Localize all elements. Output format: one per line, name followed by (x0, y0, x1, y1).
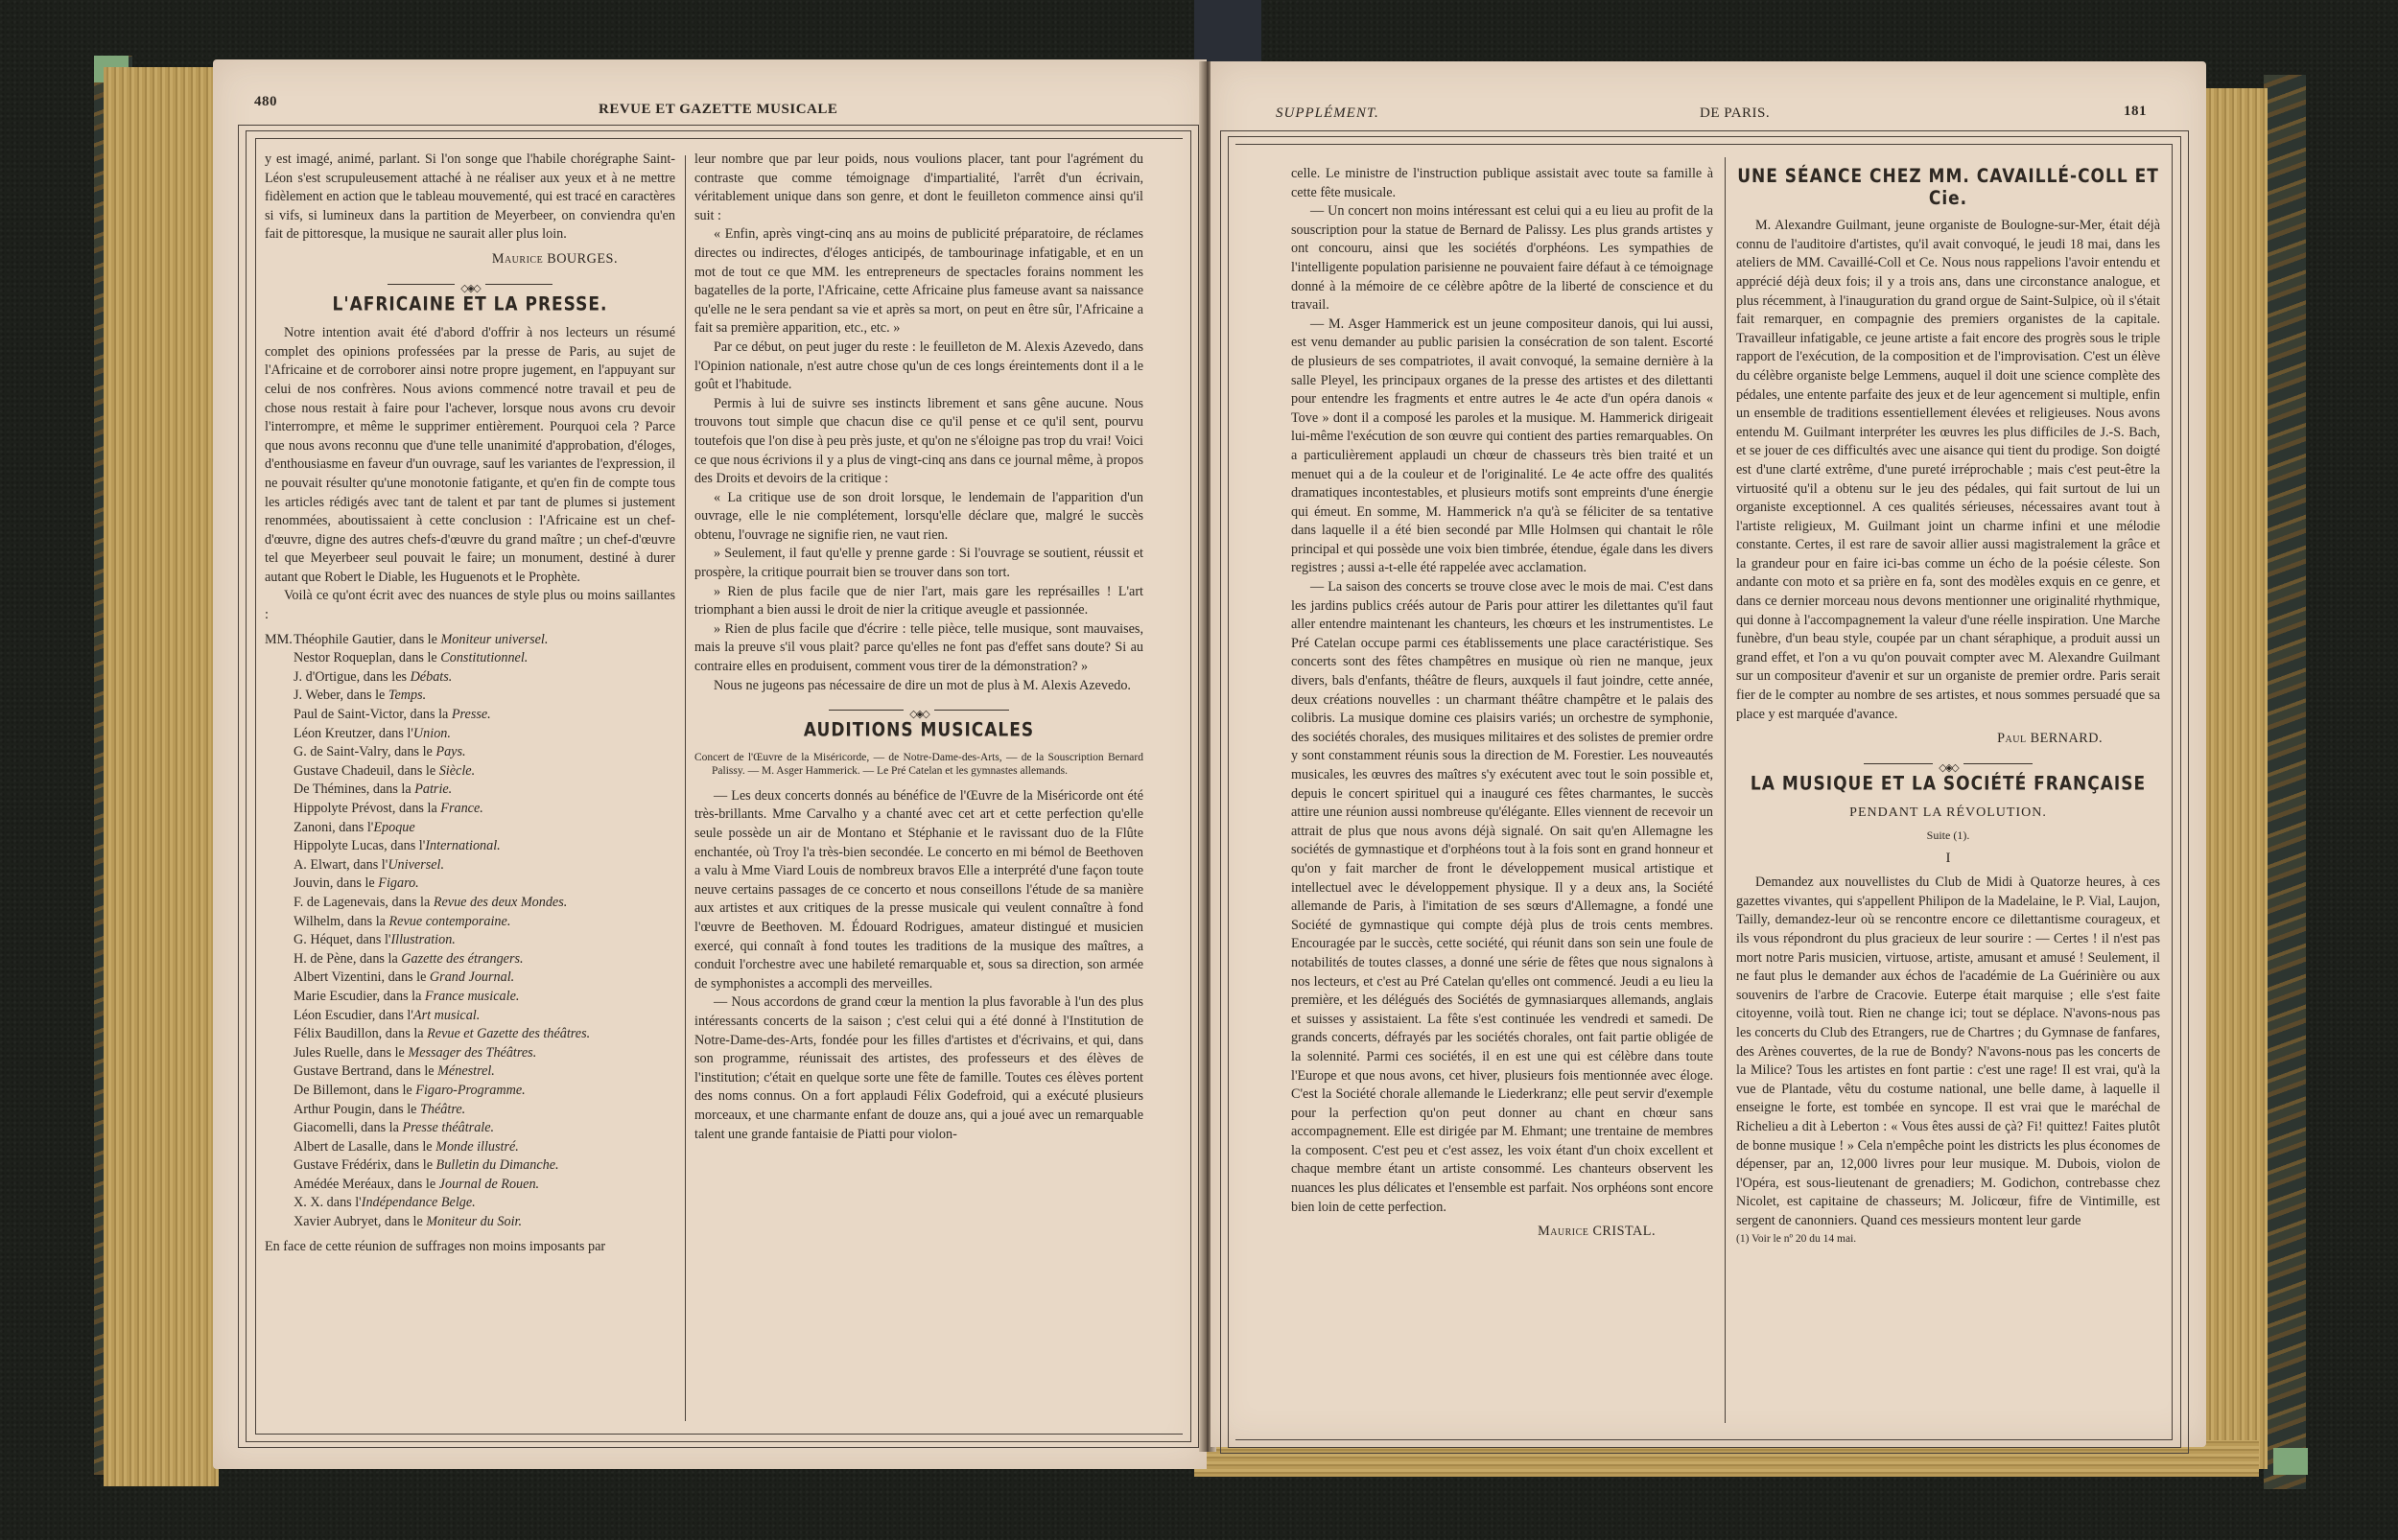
list-item: Hippolyte Prévost, dans la France. (265, 800, 675, 819)
article-suite-note: Suite (1). (1736, 827, 2160, 846)
list-item: A. Elwart, dans l'Universel. (265, 856, 675, 875)
right-page: SUPPLÉMENT. DE PARIS. 181 celle. Le mini… (1211, 61, 2206, 1447)
quote-paragraph: » Rien de plus facile que de nier l'art,… (694, 583, 1143, 620)
page-number-left: 480 (254, 94, 277, 110)
article-title: LA MUSIQUE ET LA SOCIÉTÉ FRANÇAISE (1736, 774, 2160, 796)
signature: Maurice BOURGES. (265, 250, 675, 269)
paragraph: Voilà ce qu'ont écrit avec des nuances d… (265, 587, 675, 624)
list-item: Léon Kreutzer, dans l'Union. (265, 725, 675, 744)
section-number: I (1736, 850, 2160, 869)
paragraph: — La saison des concerts se trouve close… (1291, 578, 1713, 1217)
paragraph: — Un concert non moins intéressant est c… (1291, 202, 1713, 315)
article-title: L'AFRICAINE ET LA PRESSE. (265, 294, 675, 316)
left-column-2: leur nombre que par leur poids, nous vou… (694, 151, 1143, 1144)
list-item: Jouvin, dans le Figaro. (265, 875, 675, 894)
paragraph: Par ce début, on peut juger du reste : l… (694, 338, 1143, 395)
list-item: Xavier Aubryet, dans le Moniteur du Soir… (265, 1213, 675, 1232)
list-item: Gustave Bertrand, dans le Ménestrel. (265, 1062, 675, 1082)
signature: Maurice CRISTAL. (1291, 1223, 1713, 1242)
ornament-divider: ◇◈◇ (265, 279, 675, 289)
paragraph: Demandez aux nouvellistes du Club de Mid… (1736, 874, 2160, 1230)
paragraph: — Nous accordons de grand cœur la mentio… (694, 993, 1143, 1144)
left-page: 480 REVUE ET GAZETTE MUSICALE y est imag… (213, 59, 1207, 1469)
list-item: Nestor Roqueplan, dans le Constitutionne… (265, 649, 675, 668)
paragraph: leur nombre que par leur poids, nous vou… (694, 151, 1143, 225)
list-item: J. Weber, dans le Temps. (265, 687, 675, 706)
list-item: Amédée Meréaux, dans le Journal de Rouen… (265, 1176, 675, 1195)
paragraph: — Les deux concerts donnés au bénéfice d… (694, 787, 1143, 994)
paragraph: y est imagé, animé, parlant. Si l'on son… (265, 151, 675, 245)
paragraph: celle. Le ministre de l'instruction publ… (1291, 165, 1713, 202)
list-item: De Thémines, dans la Patrie. (265, 781, 675, 800)
list-item: G. Héquet, dans l'Illustration. (265, 931, 675, 950)
paragraph: M. Alexandre Guilmant, jeune organiste d… (1736, 217, 2160, 724)
list-item: Paul de Saint-Victor, dans la Presse. (265, 706, 675, 725)
list-item: Gustave Chadeuil, dans le Siècle. (265, 762, 675, 782)
quote-paragraph: » Rien de plus facile que d'écrire : tel… (694, 620, 1143, 677)
list-item: Gustave Frédérix, dans le Bulletin du Di… (265, 1156, 675, 1176)
left-column-1: y est imagé, animé, parlant. Si l'on son… (265, 151, 675, 1256)
list-item: Félix Baudillon, dans la Revue et Gazett… (265, 1025, 675, 1044)
page-number-right: 181 (2124, 104, 2147, 120)
list-item: Albert de Lasalle, dans le Monde illustr… (265, 1138, 675, 1157)
left-page-edges (104, 67, 219, 1486)
list-item: X. X. dans l'Indépendance Belge. (265, 1194, 675, 1213)
list-item: Arthur Pougin, dans le Théâtre. (265, 1101, 675, 1120)
signature: Paul BERNARD. (1736, 730, 2160, 749)
list-item: Albert Vizentini, dans le Grand Journal. (265, 968, 675, 988)
article-title: UNE SÉANCE CHEZ MM. CAVAILLÉ-COLL ET Cie… (1736, 167, 2160, 210)
right-cover-board (2264, 75, 2306, 1489)
running-head-left: REVUE ET GAZETTE MUSICALE (599, 102, 837, 118)
column-rule (1725, 157, 1726, 1423)
list-item: G. de Saint-Valry, dans le Pays. (265, 743, 675, 762)
list-item: Léon Escudier, dans l'Art musical. (265, 1007, 675, 1026)
list-item: H. de Pène, dans la Gazette des étranger… (265, 950, 675, 969)
list-item: Hippolyte Lucas, dans l'International. (265, 837, 675, 856)
running-head-supplement: SUPPLÉMENT. (1276, 105, 1379, 122)
list-item: Wilhelm, dans la Revue contemporaine. (265, 913, 675, 932)
paragraph: Permis à lui de suivre ses instincts lib… (694, 395, 1143, 489)
article-subtitle: PENDANT LA RÉVOLUTION. (1736, 804, 2160, 823)
quote-paragraph: « Enfin, après vingt-cinq ans au moins d… (694, 225, 1143, 338)
ornament-icon: ◇◈◇ (1933, 762, 1963, 774)
paragraph: En face de cette réunion de suffrages no… (265, 1238, 675, 1257)
list-item: Zanoni, dans l'Epoque (265, 819, 675, 838)
list-item: F. de Lagenevais, dans la Revue des deux… (265, 894, 675, 913)
right-column-1: celle. Le ministre de l'instruction publ… (1291, 165, 1713, 1242)
column-rule (685, 155, 686, 1421)
list-item: Jules Ruelle, dans le Messager des Théât… (265, 1044, 675, 1063)
list-item: Giacomelli, dans la Presse théâtrale. (265, 1119, 675, 1138)
book-spine (1194, 0, 1261, 67)
paragraph: Nous ne jugeons pas nécessaire de dire u… (694, 677, 1143, 696)
list-item: MM.Théophile Gautier, dans le Moniteur u… (265, 631, 675, 650)
paragraph: Notre intention avait été d'abord d'offr… (265, 324, 675, 587)
quote-paragraph: » Seulement, il faut qu'elle y prenne ga… (694, 545, 1143, 582)
quote-paragraph: « La critique use de son droit lorsque, … (694, 489, 1143, 546)
list-item: De Billemont, dans le Figaro-Programme. (265, 1082, 675, 1101)
cover-corner-bottom-right (2273, 1448, 2308, 1475)
list-item: Marie Escudier, dans la France musicale. (265, 988, 675, 1007)
critics-list: MM.Théophile Gautier, dans le Moniteur u… (265, 631, 675, 1232)
ornament-divider: ◇◈◇ (694, 705, 1143, 714)
list-item: J. d'Ortigue, dans les Débats. (265, 668, 675, 688)
right-column-2: UNE SÉANCE CHEZ MM. CAVAILLÉ-COLL ET Cie… (1736, 162, 2160, 1249)
ornament-divider: ◇◈◇ (1736, 758, 2160, 768)
article-summary: Concert de l'Œuvre de la Miséricorde, — … (694, 751, 1143, 778)
right-page-edges (2206, 88, 2268, 1469)
footnote: (1) Voir le nº 20 du 14 mai. (1736, 1230, 2160, 1249)
ornament-icon: ◇◈◇ (455, 283, 484, 294)
running-head-de-paris: DE PARIS. (1700, 105, 1770, 122)
paragraph: — M. Asger Hammerick est un jeune compos… (1291, 315, 1713, 578)
article-title: AUDITIONS MUSICALES (694, 721, 1143, 743)
